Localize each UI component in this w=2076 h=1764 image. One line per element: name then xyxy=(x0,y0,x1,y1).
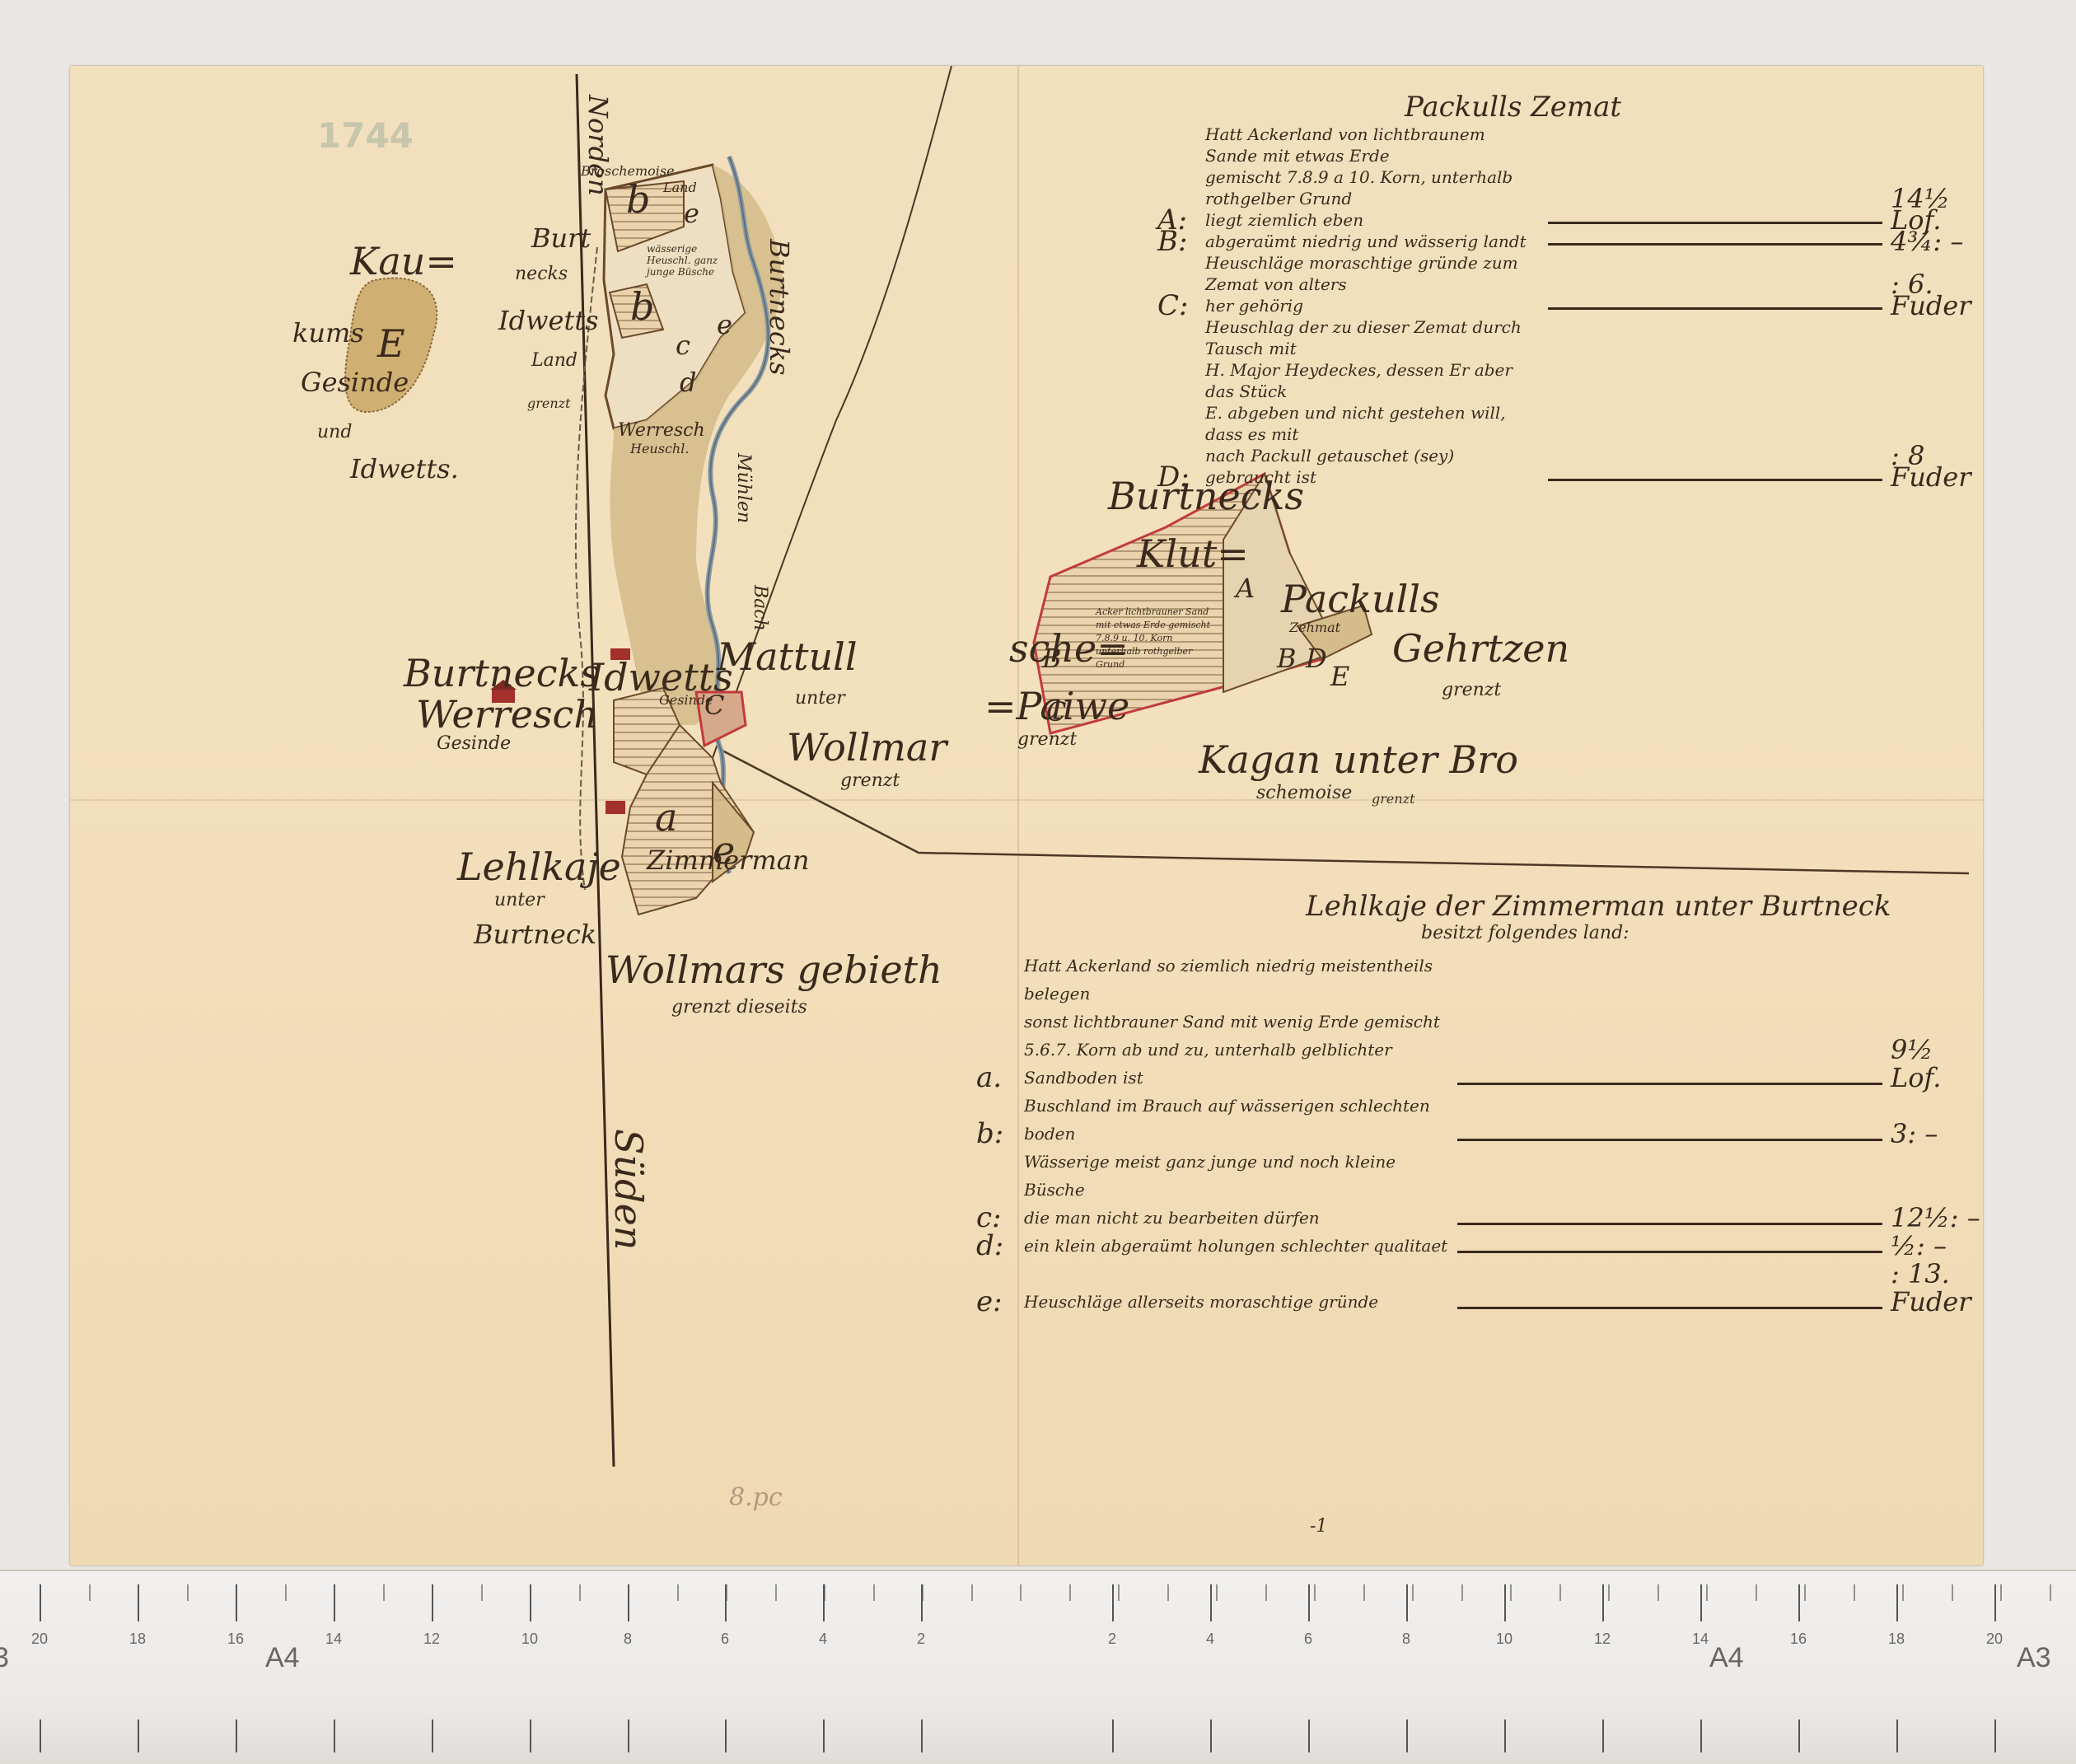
label-lehlkaje-burtneck: Burtneck xyxy=(474,919,596,950)
legend-text: ein klein abgeraümt holungen schlechter … xyxy=(1024,1232,1449,1260)
legend-title: Lehlkaje der Zimmerman unter Burtneck xyxy=(1306,890,1981,923)
scale-ruler: 20181614121086422468101214161820 3 A4 A4… xyxy=(0,1570,2076,1764)
ruler-format-a3: A3 xyxy=(2017,1642,2051,1674)
label-burtnecks-river: Burtnecks xyxy=(764,239,795,376)
legend-row: C: Heuschläge moraschtige gründe zum Zem… xyxy=(1157,252,1981,316)
legend-key: d: xyxy=(976,1232,1024,1260)
ruler-minor-tick xyxy=(775,1584,777,1601)
legend-text: Sandboden ist xyxy=(1024,1064,1449,1092)
legend-value: : 13. Fuder xyxy=(1891,1260,1981,1316)
label-klut: Klut= xyxy=(1137,531,1249,576)
ruler-tick xyxy=(432,1720,433,1752)
label-burtnecks-idwetts-2: necks xyxy=(515,264,568,284)
leader-line xyxy=(1548,307,1882,310)
legend-value: 12½: – xyxy=(1891,1204,1981,1232)
map-sheet: 1744 8.pc -1 Norden Süden Kau= kums Gesi… xyxy=(70,66,1983,1565)
parcel-letter-B: B xyxy=(1042,643,1062,674)
ruler-tick-label: 14 xyxy=(325,1631,342,1648)
legend-key: b: xyxy=(976,1120,1024,1148)
label-wollmar-grenzt: grenzt xyxy=(840,770,900,791)
label-kaugums-4: und xyxy=(317,422,352,442)
ruler-minor-tick xyxy=(1854,1584,1855,1601)
parcel-letter-d: d xyxy=(680,367,696,398)
leader-line xyxy=(1457,1307,1882,1309)
parcel-letter-e: e xyxy=(717,309,732,340)
ruler-tick xyxy=(1504,1720,1506,1752)
legend-text: H. Major Heydeckes, dessen Er aber das S… xyxy=(1205,359,1540,402)
label-idwetts-gesinde: Gesinde xyxy=(659,692,713,708)
ruler-tick xyxy=(725,1720,727,1752)
label-lehlkaje: Lehlkaje xyxy=(457,845,621,889)
ruler-tick xyxy=(1994,1584,1996,1621)
ruler-minor-tick xyxy=(1658,1584,1659,1601)
ruler-tick xyxy=(40,1720,41,1752)
leader-line xyxy=(1457,1251,1882,1253)
label-mattull: Mattull xyxy=(717,634,858,679)
ruler-minor-tick xyxy=(1608,1584,1610,1601)
ruler-tick xyxy=(1700,1720,1702,1752)
ruler-tick-label: 18 xyxy=(1888,1631,1905,1648)
pencil-note: 8.pc xyxy=(729,1483,783,1512)
legend-lehlkaje: Lehlkaje der Zimmerman unter Burtneck be… xyxy=(976,890,1981,1316)
legend-text: Heuschlag der zu dieser Zemat durch Taus… xyxy=(1205,316,1540,359)
parcel-letter-kaugums: E xyxy=(377,321,405,366)
ruler-tick-label: 4 xyxy=(819,1631,827,1648)
ruler-minor-tick xyxy=(1706,1584,1708,1601)
ruler-tick xyxy=(236,1720,237,1752)
ruler-tick-label: 2 xyxy=(917,1631,925,1648)
ruler-tick xyxy=(1112,1720,1114,1752)
label-burtnecks-idwetts-3: Idwetts xyxy=(498,305,599,336)
label-burtnecks-idwetts-4: Land xyxy=(531,350,577,371)
legend-packulls-zemat: Packulls Zemat A: Hatt Ackerland von lic… xyxy=(1157,91,1981,488)
legend-text: abgeraümt niedrig und wässerig landt xyxy=(1205,231,1540,252)
label-kagan: Kagan unter Bro xyxy=(1199,737,1518,782)
ruler-minor-tick xyxy=(628,1584,629,1601)
ruler-minor-tick xyxy=(1756,1584,1757,1601)
ruler-minor-tick xyxy=(1314,1584,1316,1601)
bottom-mark: -1 xyxy=(1310,1516,1327,1537)
ruler-tick xyxy=(1798,1720,1800,1752)
ruler-format-a4: A4 xyxy=(265,1642,300,1674)
parcel-letter-D: D xyxy=(1306,643,1327,674)
legend-value: 4¾: – xyxy=(1891,231,1981,252)
legend-text: sonst lichtbrauner Sand mit wenig Erde g… xyxy=(1024,1008,1449,1036)
label-broschemoise-land: Land xyxy=(663,180,697,195)
ruler-minor-tick xyxy=(1412,1584,1414,1601)
ruler-tick xyxy=(823,1720,825,1752)
parcel-letter-e: e xyxy=(684,198,699,229)
legend-row: b: Buschland im Brauch auf wässerigen sc… xyxy=(976,1092,1981,1148)
ruler-tick xyxy=(1406,1584,1408,1621)
ruler-minor-tick xyxy=(1461,1584,1463,1601)
legend-key: B: xyxy=(1157,231,1205,252)
ruler-tick-label: 10 xyxy=(521,1631,538,1648)
parcel-inner-note: Acker lichtbrauner Sand mit etwas Erde g… xyxy=(1096,606,1219,671)
parcel-letter-B: B xyxy=(1277,643,1297,674)
ruler-tick xyxy=(1994,1720,1996,1752)
ruler-minor-tick xyxy=(481,1584,483,1601)
label-unter: unter xyxy=(795,688,845,709)
label-burtnecks-idwetts: Burt xyxy=(531,222,591,254)
legend-value: 3: – xyxy=(1891,1120,1981,1148)
ruler-tick xyxy=(1896,1584,1898,1621)
legend-value: 9½ Lof. xyxy=(1891,1036,1981,1092)
legend-key: a. xyxy=(976,1064,1024,1092)
label-muhlen: Mühlen xyxy=(733,453,754,523)
legend-row: A: Hatt Ackerland von lichtbraunem Sande… xyxy=(1157,124,1981,231)
ruler-minor-tick xyxy=(1069,1584,1071,1601)
legend-row: a. Hatt Ackerland so ziemlich niedrig me… xyxy=(976,952,1981,1092)
ruler-minor-tick xyxy=(1118,1584,1120,1601)
ruler-tick xyxy=(1602,1720,1604,1752)
ruler-tick xyxy=(138,1720,139,1752)
legend-value: ½: – xyxy=(1891,1232,1981,1260)
ruler-tick-label: 18 xyxy=(129,1631,146,1648)
parcel-letter-E: E xyxy=(1330,661,1349,692)
ruler-minor-tick xyxy=(873,1584,875,1601)
ruler-tick-label: 20 xyxy=(31,1631,48,1648)
legend-text: gemischt 7.8.9 a 10. Korn, unterhalb rot… xyxy=(1205,166,1540,209)
label-kaugums-2: kums xyxy=(292,317,364,349)
ruler-tick xyxy=(334,1720,335,1752)
leader-line xyxy=(1457,1139,1882,1141)
legend-key: c: xyxy=(976,1204,1024,1232)
legend-key: e: xyxy=(976,1288,1024,1316)
ruler-minor-tick xyxy=(236,1584,237,1601)
label-kaugums: Kau= xyxy=(350,239,457,283)
legend-text: Wässerige meist ganz junge und noch klei… xyxy=(1024,1148,1449,1204)
label-kaugums-5: Idwetts. xyxy=(350,453,459,484)
label-werresch-heuschlag: Heuschl. xyxy=(630,441,689,456)
label-paiwe-grenzt: grenzt xyxy=(1017,729,1077,750)
label-gehrtzen-grenzt: grenzt xyxy=(1442,680,1501,700)
ruler-tick xyxy=(1210,1720,1212,1752)
ruler-tick xyxy=(628,1720,629,1752)
ruler-tick xyxy=(1798,1584,1800,1621)
ruler-tick-label: 8 xyxy=(1402,1631,1410,1648)
leader-line xyxy=(1457,1083,1882,1085)
ruler-tick-label: 6 xyxy=(1304,1631,1312,1648)
ruler-minor-tick xyxy=(971,1584,973,1601)
ruler-minor-tick xyxy=(1167,1584,1169,1601)
ruler-minor-tick xyxy=(2050,1584,2051,1601)
ruler-minor-tick xyxy=(579,1584,581,1601)
label-bach: Bach xyxy=(750,585,770,631)
ruler-minor-tick xyxy=(1020,1584,1022,1601)
ruler-tick xyxy=(1308,1720,1310,1752)
ruler-tick-label: 14 xyxy=(1692,1631,1709,1648)
label-wollmar: Wollmar xyxy=(787,725,947,770)
ruler-tick-label: 2 xyxy=(1108,1631,1116,1648)
label-zehmat: Zehmat xyxy=(1289,620,1340,635)
label-packulls: Packulls xyxy=(1281,577,1440,621)
parcel-letter-b: b xyxy=(626,177,650,222)
ruler-tick xyxy=(1700,1584,1702,1621)
parcel-letter-A: A xyxy=(1236,573,1255,604)
ruler-minor-tick xyxy=(726,1584,727,1601)
legend-text: liegt ziemlich eben xyxy=(1205,209,1540,231)
ruler-minor-tick xyxy=(40,1584,41,1601)
leader-line xyxy=(1548,479,1882,481)
label-wasserige-heuschlag: wässerige Heuschl. ganz junge Büsche xyxy=(647,243,721,278)
legend-text: her gehörig xyxy=(1205,295,1540,316)
ruler-tick xyxy=(530,1720,531,1752)
label-wollmars-grenzt: grenzt dieseits xyxy=(671,997,807,1018)
ruler-tick-label: 16 xyxy=(227,1631,244,1648)
legend-text: Heuschläge allerseits moraschtige gründe xyxy=(1024,1288,1449,1316)
label-burtnecks-werresch-gesinde: Gesinde xyxy=(437,733,511,754)
label-gehrtzen: Gehrtzen xyxy=(1392,626,1569,671)
ruler-tick-label: 12 xyxy=(423,1631,440,1648)
ruler-minor-tick xyxy=(922,1584,923,1601)
label-kaugums-3: Gesinde xyxy=(301,367,409,398)
parcel-letter-a: a xyxy=(655,795,677,840)
legend-row: d: ein klein abgeraümt holungen schlecht… xyxy=(976,1232,1981,1260)
ruler-minor-tick xyxy=(1559,1584,1561,1601)
label-wollmars-gebieth: Wollmars gebieth xyxy=(605,948,942,992)
ruler-tick-label: 12 xyxy=(1594,1631,1611,1648)
ruler-minor-tick xyxy=(824,1584,825,1601)
ruler-minor-tick xyxy=(285,1584,287,1601)
label-burtnecks-werresch-2: Werresch xyxy=(416,692,598,737)
ruler-minor-tick xyxy=(383,1584,385,1601)
ruler-tick xyxy=(1504,1584,1506,1621)
ruler-minor-tick xyxy=(530,1584,531,1601)
legend-value: : 6. Fuder xyxy=(1891,274,1981,316)
legend-text: Hatt Ackerland von lichtbraunem Sande mi… xyxy=(1205,124,1540,166)
legend-row: B: abgeraümt niedrig und wässerig landt … xyxy=(1157,231,1981,252)
legend-row: D: Heuschlag der zu dieser Zemat durch T… xyxy=(1157,316,1981,488)
parcel-letter-e: e xyxy=(713,828,735,873)
ruler-minor-tick xyxy=(1216,1584,1218,1601)
legend-text: Buschland im Brauch auf wässerigen schle… xyxy=(1024,1092,1449,1148)
ruler-tick xyxy=(921,1720,923,1752)
ruler-minor-tick xyxy=(1952,1584,1953,1601)
ruler-tick-label: 16 xyxy=(1790,1631,1807,1648)
legend-value: 14½ Lof. xyxy=(1891,188,1981,231)
label-kagan-grenzt: grenzt xyxy=(1372,791,1415,807)
ruler-tick xyxy=(1602,1584,1604,1621)
legend-subtitle: besitzt folgendes land: xyxy=(1421,923,1981,943)
ruler-minor-tick xyxy=(432,1584,433,1601)
legend-text: die man nicht zu bearbeiten dürfen xyxy=(1024,1204,1449,1232)
label-burtnecks-idwetts-5: grenzt xyxy=(527,395,571,411)
leader-line xyxy=(1457,1223,1882,1225)
label-lehlkaje-unter: unter xyxy=(494,890,545,910)
parcel-letter-c: c xyxy=(676,330,690,361)
ruler-tick-label: 20 xyxy=(1986,1631,2003,1648)
ruler-tick xyxy=(1112,1584,1114,1621)
ruler-minor-tick xyxy=(89,1584,91,1601)
legend-key: C: xyxy=(1157,295,1205,316)
ruler-tick xyxy=(1406,1720,1408,1752)
ruler-minor-tick xyxy=(1804,1584,1806,1601)
parcel-letter-C: C xyxy=(1046,696,1066,728)
ruler-format-a4: A4 xyxy=(1709,1642,1744,1674)
ruler-minor-tick xyxy=(1510,1584,1512,1601)
legend-key: D: xyxy=(1157,466,1205,488)
legend-text: nach Packull getauschet (sey) gebraucht … xyxy=(1205,445,1540,488)
ruler-tick xyxy=(1210,1584,1212,1621)
label-schemoise: schemoise xyxy=(1256,783,1352,803)
ruler-tick-label: 4 xyxy=(1206,1631,1214,1648)
ruler-tick xyxy=(1308,1584,1310,1621)
ruler-minor-tick xyxy=(187,1584,189,1601)
ruler-minor-tick xyxy=(138,1584,139,1601)
ruler-minor-tick xyxy=(1265,1584,1267,1601)
legend-value: : 8 Fuder xyxy=(1891,445,1981,488)
south-label: Süden xyxy=(606,1129,651,1250)
legend-row: c: Wässerige meist ganz junge und noch k… xyxy=(976,1148,1981,1232)
legend-text: E. abgeben und nicht gestehen will, dass… xyxy=(1205,402,1540,445)
ruler-tick xyxy=(1896,1720,1898,1752)
ruler-minor-tick xyxy=(1363,1584,1365,1601)
ruler-minor-tick xyxy=(1902,1584,1904,1601)
archive-stamp: 1744 xyxy=(317,115,414,156)
label-burtnecks-werresch: Burtnecks xyxy=(404,651,600,695)
parcel-letter-b: b xyxy=(630,284,654,329)
ruler-format-label: 3 xyxy=(0,1642,9,1674)
leader-line xyxy=(1548,243,1882,246)
label-werresch: Werresch xyxy=(618,420,705,441)
legend-row: e: Heuschläge allerseits moraschtige grü… xyxy=(976,1260,1981,1316)
ruler-minor-tick xyxy=(334,1584,335,1601)
ruler-tick-label: 8 xyxy=(624,1631,632,1648)
legend-text: 5.6.7. Korn ab und zu, unterhalb gelblic… xyxy=(1024,1036,1449,1064)
ruler-minor-tick xyxy=(2000,1584,2002,1601)
legend-text: Hatt Ackerland so ziemlich niedrig meist… xyxy=(1024,952,1449,1008)
leader-line xyxy=(1548,222,1882,224)
ruler-minor-tick xyxy=(677,1584,679,1601)
legend-title: Packulls Zemat xyxy=(1405,91,1981,124)
ruler-tick-label: 6 xyxy=(721,1631,729,1648)
north-label: Norden xyxy=(582,95,614,196)
ruler-tick-label: 10 xyxy=(1496,1631,1513,1648)
legend-text: Heuschläge moraschtige gründe zum Zemat … xyxy=(1205,252,1540,295)
